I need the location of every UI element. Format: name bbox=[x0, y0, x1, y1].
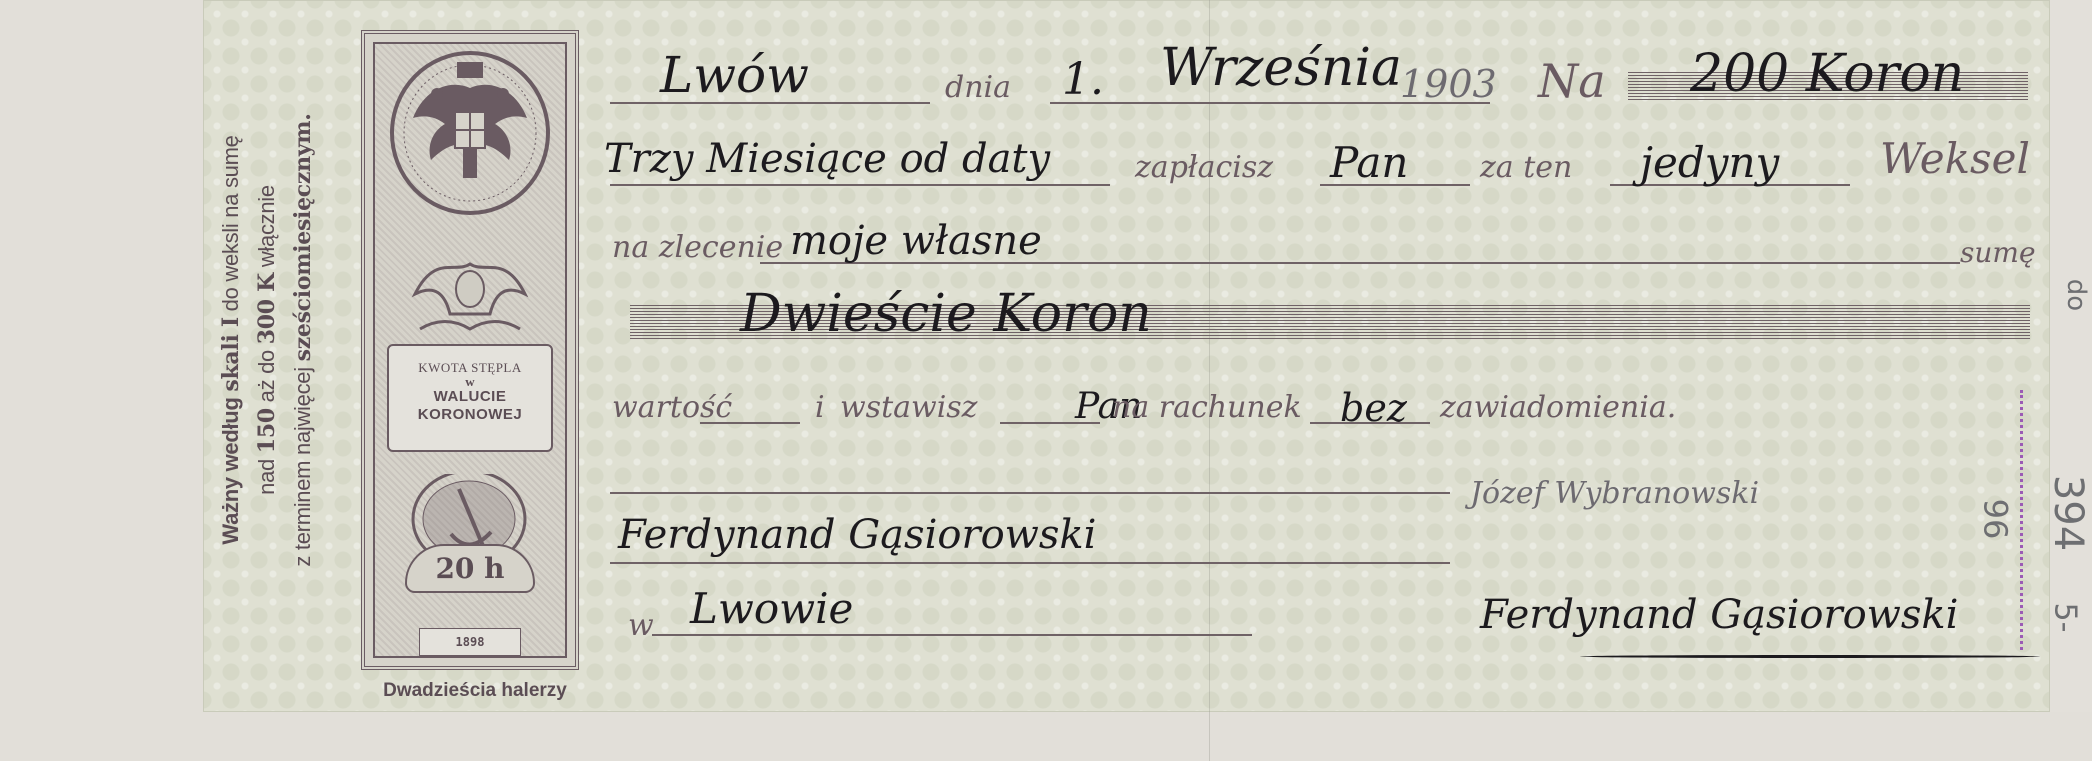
sume-label: sumę bbox=[1960, 236, 2036, 269]
margin-note-top: do bbox=[2061, 279, 2091, 311]
paper-fold-line bbox=[1209, 0, 1210, 761]
notice-line-1: Ważny według skali I do weksli na sumę bbox=[213, 80, 249, 600]
dnia-label: dnia bbox=[945, 70, 1011, 105]
rachunek-field: bez bbox=[1340, 386, 1407, 430]
notice-line-3: z terminem najwięcej sześciomiesięcznym. bbox=[285, 80, 321, 600]
term-field: Trzy Miesiące od daty bbox=[604, 136, 1050, 182]
drawee-blank-line bbox=[610, 492, 1450, 494]
drawee-name-field: Ferdynand Gąsiorowski bbox=[618, 512, 1096, 558]
stamp-value: 20 h bbox=[405, 544, 535, 593]
paper-margin-left bbox=[0, 0, 203, 761]
amount-words-field: Dwieście Koron bbox=[740, 284, 1152, 344]
na-label: Na bbox=[1538, 54, 1606, 108]
payee-title-field: Pan bbox=[1330, 138, 1408, 187]
amount-figures-field: 200 Koron bbox=[1690, 44, 1964, 104]
margin-number: 394 bbox=[2045, 475, 2091, 551]
upper-signature: Józef Wybranowski bbox=[1470, 476, 1759, 511]
na-zlecenie-label: na zlecenie bbox=[612, 230, 783, 265]
stamp-validity-notice: Ważny według skali I do weksli na sumę n… bbox=[212, 80, 322, 600]
i-label: i bbox=[815, 390, 825, 425]
notice-line-2: nad 150 aż do 300 K włącznie bbox=[249, 80, 285, 600]
purple-stamp-mark bbox=[2020, 390, 2023, 650]
day-field: 1. bbox=[1062, 54, 1104, 105]
jedyny-field: jedyny bbox=[1640, 138, 1779, 187]
mercury-head-ornament-icon bbox=[405, 234, 535, 344]
stamp-year: 1898 bbox=[419, 628, 521, 656]
drawee-name-line bbox=[610, 562, 1450, 564]
drawer-signature: Ferdynand Gąsiorowski bbox=[1480, 592, 1958, 638]
revenue-stamp: KWOTA STĘPLA w WALUCIE KORONOWEJ 20 h 18… bbox=[361, 30, 579, 670]
za-ten-label: za ten bbox=[1480, 150, 1572, 185]
drawee-city-line bbox=[652, 634, 1252, 636]
paper-margin-right bbox=[2050, 0, 2092, 761]
month-field: Września bbox=[1160, 38, 1402, 98]
zaplacisz-label: zapłacisz bbox=[1135, 150, 1273, 185]
place-field: Lwów bbox=[660, 46, 809, 104]
wstawisz-label: wstawisz bbox=[840, 390, 978, 425]
signature-flourish bbox=[1580, 655, 2040, 658]
na-rachunek-label: na rachunek bbox=[1112, 390, 1302, 425]
weksel-label: Weksel bbox=[1880, 134, 2030, 183]
drawee-city-field: Lwowie bbox=[690, 584, 853, 633]
w-label: w bbox=[628, 608, 654, 643]
double-headed-eagle-icon bbox=[387, 48, 553, 218]
wartosc-label: wartość bbox=[612, 390, 732, 425]
paper-margin-bottom bbox=[0, 712, 2092, 761]
stamp-label-box: KWOTA STĘPLA w WALUCIE KORONOWEJ bbox=[387, 344, 553, 452]
value-line bbox=[700, 422, 800, 424]
pencil-mark: 96 bbox=[1976, 499, 2014, 540]
zawiadomienia-label: zawiadomienia. bbox=[1440, 390, 1676, 425]
margin-suffix: 5- bbox=[2047, 603, 2082, 633]
year-field: 1903 bbox=[1400, 62, 1497, 106]
stamp-caption: Dwadzieścia halerzy bbox=[370, 680, 580, 702]
term-line bbox=[610, 184, 1110, 186]
order-of-field: moje własne bbox=[790, 218, 1042, 264]
